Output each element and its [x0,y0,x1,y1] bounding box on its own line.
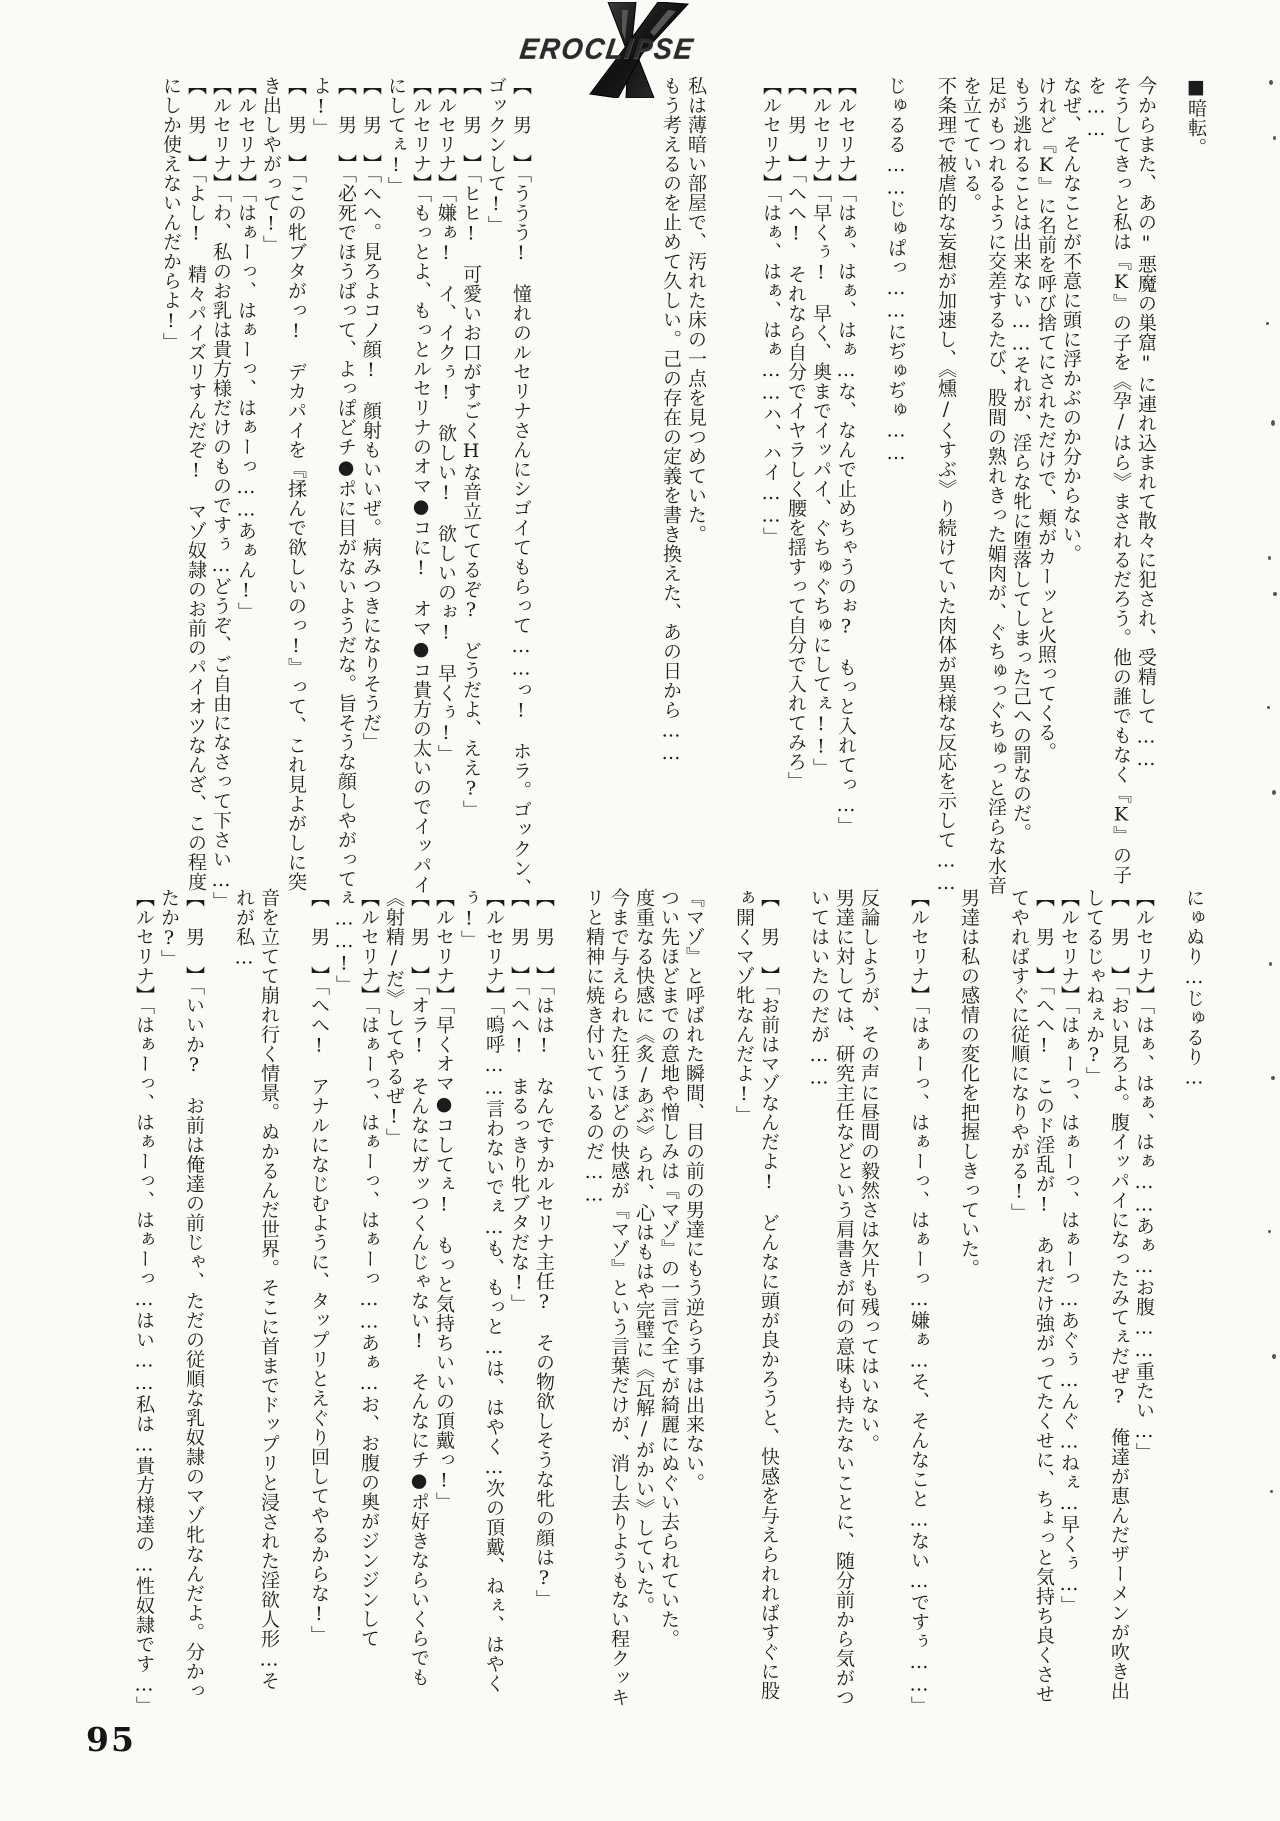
paragraph: 【 男 】「ヒヒ! 可愛いお口がすごくHな音立ててるぞ? どうだよ、ええ?」 [458,76,483,902]
paragraph: 【 男 】「必死でほうばって、よっぽどチ●ポに目がないようだな。旨そうな顔しやが… [308,76,358,902]
paragraph: 【ルセリナ】「はぁーっ、はぁーっ、はぁーっ…はい……私は…貴方様達の…性奴隷です… [131,888,156,1708]
scan-speck [1269,962,1272,966]
scan-speck [1273,592,1277,596]
paragraph: じゅるる……じゅぱっ……にぢゅぢゅ…… [883,76,908,902]
paragraph: つい先ほどまでの意地や憎しみは『マゾ』の一言で全てが綺麗にぬぐい去られていた。 [656,888,681,1708]
paragraph: 【 男 】「いいか? お前は俺達の前じゃ、ただの従順な乳奴隷のマゾ牝なんだよ。分… [156,888,206,1708]
logo-text: EROCLIPSE [518,33,695,66]
paragraph: 【 男 】「へへ。見ろよコノ顔! 顔射もいいぜ。病みつきになりそうだ」 [358,76,383,902]
paragraph: 【 男 】「ううう! 憧れのルセリナさんにシゴイてもらって……っ! ホラ。ゴック… [483,76,533,902]
paragraph: 【ルセリナ】「嗚呼……言わないでぇ…も、もっと…は、はやく…次の頂戴、ねぇ、はや… [456,888,506,1708]
paragraph: 【ルセリナ】「早くぅ! 早く、奥までイッパイ、ぐちゅぐちゅにしてぇ!!」 [808,76,833,902]
paragraph: にゅぬり…じゅるり… [1181,888,1206,1708]
column-gap [881,888,906,1708]
paragraph: 反論しようが、その声に昼間の毅然さは欠片も残ってはいない。 [856,888,881,1708]
page-number: 95 [86,1720,136,1759]
scan-speck [1267,706,1270,709]
column-gap [558,76,583,902]
column-gap [633,76,658,902]
paragraph: 【 男 】「オラ! そんなにガッつくんじゃない! そんなにチ●ポ好きならいくらで… [381,888,431,1708]
paragraph: 『マゾ』と呼ばれた瞬間、目の前の男達にもう逆らう事は出来ない。 [681,888,706,1708]
paragraph: 【 男 】「お前はマゾなんだよ! どんなに頭が良かろうと、快感を与えられればすぐ… [731,888,781,1708]
column-gap [583,76,608,902]
scan-speck [1270,1490,1273,1493]
scan-speck [1273,136,1276,140]
paragraph: 私は薄暗い部屋で、汚れた床の一点を見つめていた。 [683,76,708,902]
paragraph: 度重なる快感に《炙/あぶ》られ、心はもはや完璧に《瓦解/がかい》していた。 [631,888,656,1708]
column-gap [281,888,306,1708]
top-text-block: ■暗転。 今からまた、あの"悪魔の巣窟"に連れ込まれて散々に犯され、受精して……… [158,76,1208,902]
column-gap [708,76,733,902]
paragraph: 今からまた、あの"悪魔の巣窟"に連れ込まれて散々に犯され、受精して…… [1133,76,1158,902]
paragraph: そうしてきっと私は『K』の子を《孕/はら》まされるだろう。他の誰でもなく『K』の… [1083,76,1133,902]
scan-speck [1268,1230,1271,1233]
paragraph: 今まで与えられた狂うほどの快感が『マゾ』という言葉だけが、消し去りようもない程ク… [581,888,631,1708]
column-gap [1158,76,1183,902]
paragraph: 【ルセリナ】「はぁーっ、はぁーっ、はぁーっ……あぁ…お、お腹の奥がジンジンしてぇ… [331,888,381,1708]
paragraph: 【 男 】「へへ! まるっきり牝ブタだな!」 [506,888,531,1708]
paragraph: 【 男 】「はは! なんですかルセリナ主任? その物欲しそうな牝の顔は?」 [531,888,556,1708]
paragraph: 【ルセリナ】「嫌ぁ! イ、イクぅ! 欲しい! 欲しいのぉ! 早くぅ!」 [433,76,458,902]
paragraph: 【ルセリナ】「はぁーっ、はぁーっ、はぁーっ…嫌ぁ…そ、そんなこと…ない…ですぅ…… [906,888,931,1708]
paragraph: もう考えるのを止めて久しい。己の存在の定義を書き換えた、あの日から…… [658,76,683,902]
column-gap [206,888,231,1708]
column-gap [706,888,731,1708]
paragraph: 【ルセリナ】「はぁーっ、はぁーっ、はぁーっ……あぁん!」 [233,76,258,902]
scan-speck [1268,556,1271,560]
paragraph: 男達は私の感情の変化を把握しきっていた。 [956,888,981,1708]
paragraph: 【 男 】「よし! 精々パイズリすんだぞ! マゾ奴隷のお前のパイオツなんざ、この… [158,76,208,902]
paragraph: 【 男 】「へへ! それなら自分でイヤラしく腰を揺すって自分で入れてみろ」 [783,76,808,902]
paragraph: 【ルセリナ】「はぁーっ、はぁーっ、はぁーっ…あぐぅ…んぐ…ねぇ…早くぅ…」 [1056,888,1081,1708]
column-gap [1156,888,1181,1708]
paragraph: 【ルセリナ】「はぁ、はぁ、はぁ……ハ、ハイ……」 [758,76,783,902]
column-gap [858,76,883,902]
paragraph: けれど『K』に名前を呼び捨てにされただけで、頬がカーッと火照ってくる。 [1033,76,1058,902]
column-gap [981,888,1006,1708]
paragraph: ■暗転。 [1183,76,1208,902]
column-gap [781,888,806,1708]
paragraph: 音を立てて崩れ行く情景。ぬかるんだ世界。そこに首までドップリと浸された淫欲人形…… [231,888,281,1708]
paragraph: 【ルセリナ】「もっとよ、もっとルセリナのオマ●コに! オマ●コ貴方の太いのでイッ… [383,76,433,902]
column-gap [931,888,956,1708]
paragraph: 【ルセリナ】「わ、私のお乳は貴方様だけのものですぅ…どうぞ、ご自由になさって下さ… [208,76,233,902]
scan-speck [1271,420,1275,426]
paragraph: なぜ、そんなことが不意に頭に浮かぶのか分からない。 [1058,76,1083,902]
bottom-text-block: にゅぬり…じゅるり… 【ルセリナ】「はぁ、はぁ、はぁ……あぁ…お腹……重たい…」… [131,888,1206,1708]
column-gap [733,76,758,902]
paragraph: 男達に対しては、研究主任などという肩書きが何の意味も持たないことに、随分前から気… [806,888,856,1708]
column-gap [908,76,933,902]
column-gap [533,76,558,902]
scan-speck [1271,1076,1275,1080]
paragraph: 【 男 】「この牝ブタがっ! デカパイを『揉んで欲しいのっ!』って、これ見よがし… [258,76,308,902]
scan-speck [1272,790,1276,795]
scan-speck [1272,1354,1276,1359]
scan-speck [1269,80,1273,85]
paragraph: 【ルセリナ】「早くオマ●コしてぇ! もっと気持ちいいの頂戴っ!」 [431,888,456,1708]
paragraph: 【ルセリナ】「はぁ、はぁ、はぁ……あぁ…お腹……重たい…」 [1131,888,1156,1708]
paragraph: 【 男 】「おい見ろよ。腹イッパイになったみてぇだぜ? 俺達が恵んだザーメンが吹… [1081,888,1131,1708]
paragraph: 足がもつれるように交差するたび、股間の熟れきった媚肉が、ぐちゅっぐちゅっと淫らな… [958,76,1008,902]
column-gap [608,76,633,902]
paragraph: 【 男 】「へへ! アナルになじむように、タップリとえぐり回してやるからな!」 [306,888,331,1708]
column-gap [556,888,581,1708]
scan-speck [1266,322,1269,325]
paragraph: 【 男 】「へへ! このド淫乱が! あれだけ強がってたくせに、ちょっと気持ち良く… [1006,888,1056,1708]
paragraph: 不条理で被虐的な妄想が加速し、《燻/くすぶ》り続けていた肉体が異様な反応を示して… [933,76,958,902]
paragraph: 【ルセリナ】「はぁ、はぁ、はぁ…な、なんで止めちゃうのぉ? もっと入れてっ…」 [833,76,858,902]
paragraph: もう逃れることは出来ない……それが、淫らな牝に堕落してしまった己への罰なのだ。 [1008,76,1033,902]
